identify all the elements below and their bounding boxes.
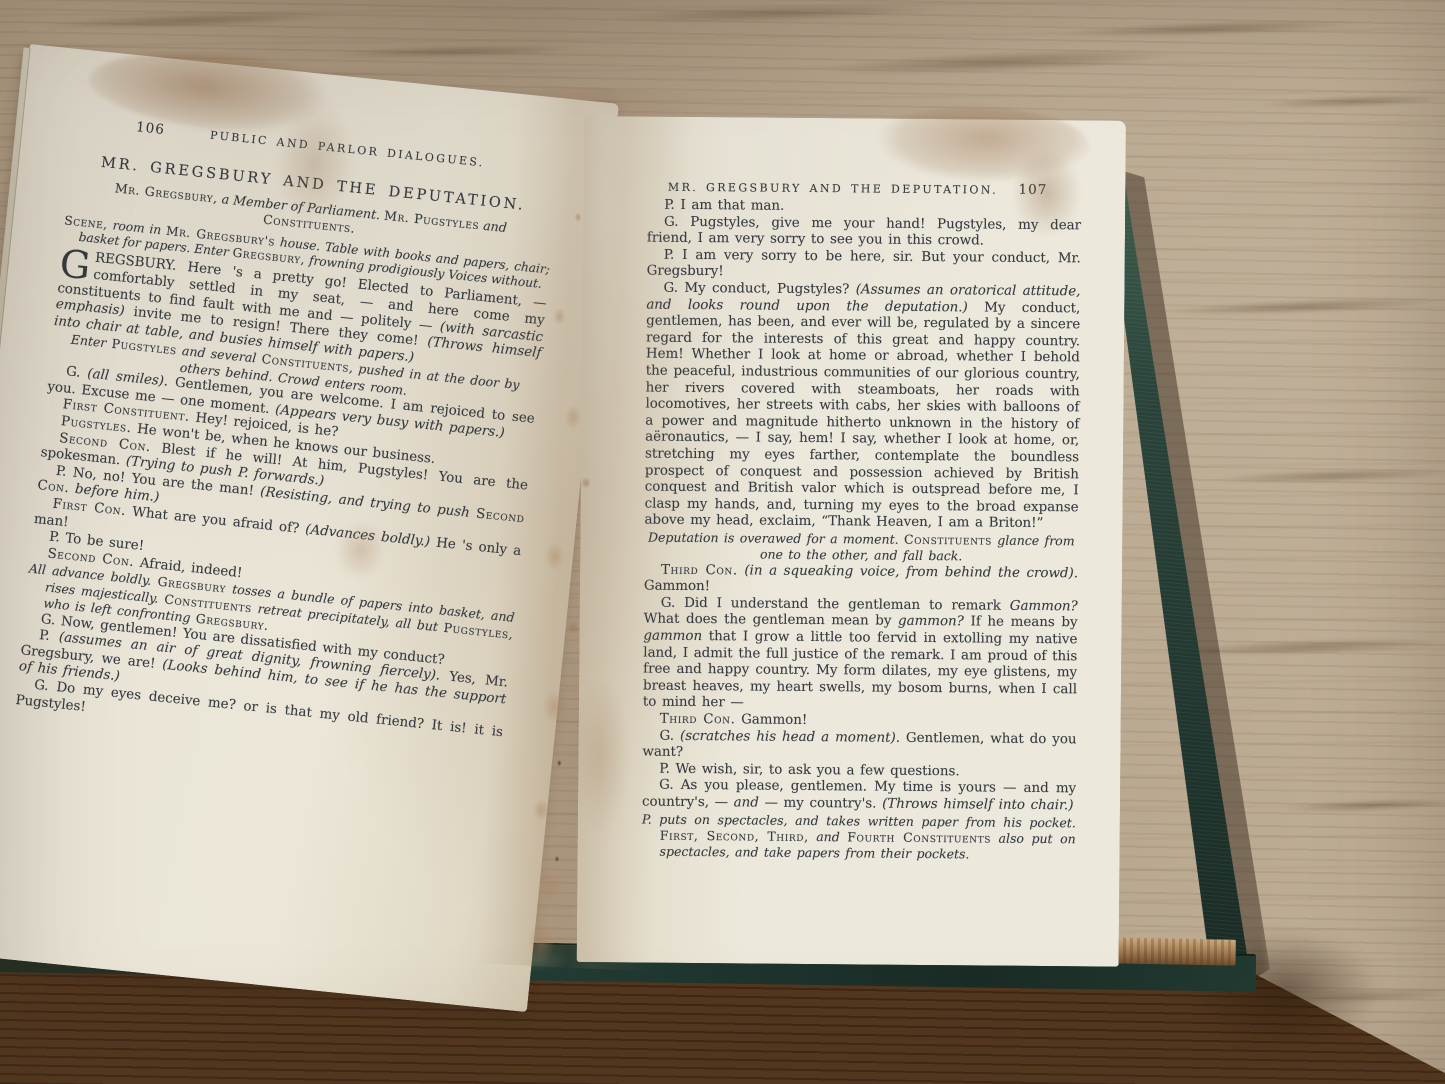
- left-page-dialogue: GREGSBURY. Here 's a pretty go! Elected …: [15, 248, 547, 759]
- book-photo-scene: 106 PUBLIC AND PARLOR DIALOGUES. MR. GRE…: [0, 0, 1445, 1084]
- text-segment: First, Second, Third,: [660, 828, 809, 844]
- right-page-dialogue: P. I am that man.G. Pugstyles, give me y…: [642, 198, 1082, 865]
- text-segment: Scene,: [64, 213, 109, 231]
- text-segment: P. I am very sorry to be here, sir. But …: [647, 247, 1081, 279]
- text-segment: Third Con.: [660, 712, 736, 728]
- page-number-left: 106: [135, 119, 165, 138]
- wood-grain-streak: [1255, 93, 1445, 111]
- dialogue-paragraph: G. Pugstyles, give me your hand! Pugstyl…: [647, 214, 1081, 251]
- text-segment: — my country's.: [759, 796, 882, 812]
- wood-grain-streak: [610, 1, 940, 26]
- dialogue-paragraph: Third Con. (in a squeaking voice, from b…: [644, 562, 1078, 599]
- text-segment: P. I am that man.: [664, 198, 784, 214]
- text-segment: and: [809, 829, 848, 844]
- text-segment: Enter: [70, 332, 112, 351]
- dialogue-paragraph: G. As you please, gentlemen. My time is …: [642, 778, 1076, 815]
- wood-grain-streak: [1210, 467, 1445, 486]
- dialogue-paragraph: G. (scratches his head a moment). Gentle…: [642, 728, 1076, 765]
- text-segment: G. My conduct, Pugstyles?: [663, 281, 855, 298]
- wood-grain-streak: [820, 44, 1181, 79]
- text-segment: G. Pugstyles, give me your hand! Pugstyl…: [647, 214, 1081, 248]
- text-segment: What does the gentleman mean by: [644, 612, 899, 629]
- wood-grain-streak: [40, 9, 340, 32]
- text-segment: Gammon!: [644, 579, 710, 595]
- text-segment: P. We wish, sir, to ask you a few questi…: [659, 761, 959, 779]
- text-segment: P. puts on spectacles, and takes written…: [642, 811, 1076, 830]
- text-segment: gammon?: [898, 614, 964, 630]
- wood-grain-streak: [1280, 796, 1445, 815]
- text-segment: (scratches his head a moment).: [680, 728, 900, 745]
- drop-cap: G: [58, 248, 95, 282]
- text-segment: and: [734, 795, 759, 810]
- text-segment: G.: [65, 365, 88, 382]
- text-segment: Fourth Constituents: [847, 829, 991, 845]
- text-segment: G.: [660, 728, 681, 743]
- dialogue-paragraph: P. puts on spectacles, and takes written…: [642, 811, 1076, 864]
- text-segment: Deputation is overawed for a moment.: [648, 529, 904, 546]
- wood-grain-streak: [330, 43, 580, 60]
- text-segment: (in a squeaking voice, from behind the c…: [744, 563, 1078, 581]
- text-segment: (Throws himself into chair.): [882, 797, 1073, 814]
- text-segment: Constituents: [904, 532, 992, 548]
- text-segment: Third Con.: [661, 562, 738, 578]
- text-segment: Gammon!: [735, 712, 807, 728]
- wood-grain-streak: [1160, 294, 1445, 318]
- text-segment: gammon: [643, 629, 702, 645]
- dialogue-paragraph: P. I am very sorry to be here, sir. But …: [647, 247, 1081, 284]
- text-segment: P.: [39, 628, 60, 645]
- foxing-stain: [570, 676, 631, 837]
- text-segment: Gammon?: [1010, 599, 1078, 615]
- text-segment: If he means by: [964, 615, 1078, 631]
- text-segment: and: [479, 217, 508, 235]
- wood-grain-streak: [1060, 17, 1360, 40]
- dialogue-paragraph: Deputation is overawed for a moment. Con…: [644, 529, 1078, 566]
- text-segment: that I grow a little too fervid in extol…: [643, 629, 1078, 711]
- left-page: 106 PUBLIC AND PARLOR DIALOGUES. MR. GRE…: [0, 44, 619, 1012]
- right-page: MR. GREGSBURY AND THE DEPUTATION. 107 P.…: [577, 116, 1126, 967]
- dialogue-paragraph: G. Did I understand the gentleman to rem…: [643, 595, 1078, 715]
- text-segment: G. Did I understand the gentleman to rem…: [661, 596, 1010, 614]
- dialogue-paragraph: G. My conduct, Pugstyles? (Assumes an or…: [644, 281, 1080, 534]
- text-segment: My conduct, gentlemen, has been, and eve…: [644, 300, 1080, 531]
